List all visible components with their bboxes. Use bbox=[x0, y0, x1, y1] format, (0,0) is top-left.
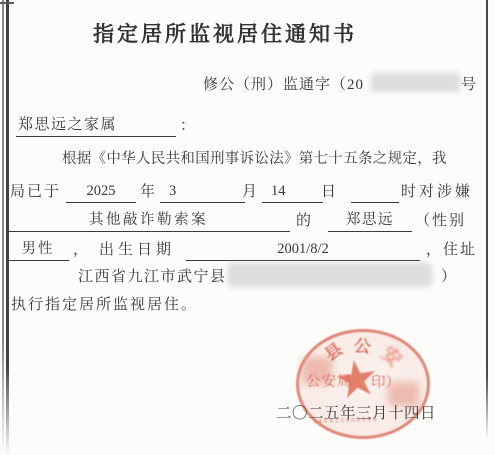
doc-number-prefix: 修公（刑）监通字（20 bbox=[203, 75, 364, 95]
suspect-name-field: 郑思远 bbox=[328, 210, 412, 232]
bureau-prefix: 局已于 bbox=[10, 182, 61, 202]
year-label: 年 bbox=[140, 182, 155, 202]
address-redaction bbox=[228, 263, 432, 287]
address-label: ，住址 bbox=[426, 240, 477, 260]
address-value: 江西省九江市武宁县 bbox=[78, 267, 227, 287]
star-icon: ★ bbox=[331, 351, 382, 407]
year-field: 2025 bbox=[66, 181, 136, 203]
legal-basis-line: 根据《中华人民共和国刑事诉讼法》第七十五条之规定，我 bbox=[62, 150, 447, 170]
addressee-field: 郑思远之家属 bbox=[16, 115, 176, 137]
page-edge-top bbox=[0, 2, 14, 4]
comma: ， bbox=[73, 240, 88, 260]
paren-close: ） bbox=[441, 267, 456, 287]
page-edge-right bbox=[486, 0, 488, 440]
hour-field bbox=[351, 181, 399, 203]
document-title: 指定居所监视居住通知书 bbox=[93, 20, 357, 48]
closing-line: 执行指定居所监视居住。 bbox=[11, 295, 198, 315]
issue-date: 二〇二五年三月十四日 bbox=[276, 404, 436, 425]
month-label: 月 bbox=[242, 182, 257, 202]
doc-number-suffix: 号 bbox=[461, 75, 476, 95]
doc-number-redaction bbox=[371, 73, 460, 92]
scanned-document-page: { "colors": { "stamp_red": "#dc6a55", "i… bbox=[0, 0, 495, 455]
page-edge-left-outer bbox=[2, 0, 4, 455]
hour-label: 时对涉嫌 bbox=[401, 182, 473, 202]
case-field: 其他敲诈勒索案 bbox=[7, 210, 290, 232]
de-particle: 的 bbox=[296, 211, 311, 231]
dob-field: 2001/8/2 bbox=[186, 239, 420, 261]
day-field: 14 bbox=[262, 181, 323, 203]
month-field: 3 bbox=[160, 181, 245, 203]
addressee-colon: ： bbox=[180, 116, 195, 136]
page-edge-left bbox=[6, 0, 9, 455]
gender-open-label: （性别 bbox=[415, 211, 466, 231]
document-sheet: 指定居所监视居住通知书 修公（刑）监通字（20 号 郑思远之家属 ： 根据《中华… bbox=[0, 0, 495, 455]
day-label: 日 bbox=[321, 182, 336, 202]
dob-label: 出生日期 bbox=[99, 240, 175, 260]
gender-field: 男性 bbox=[7, 239, 69, 261]
